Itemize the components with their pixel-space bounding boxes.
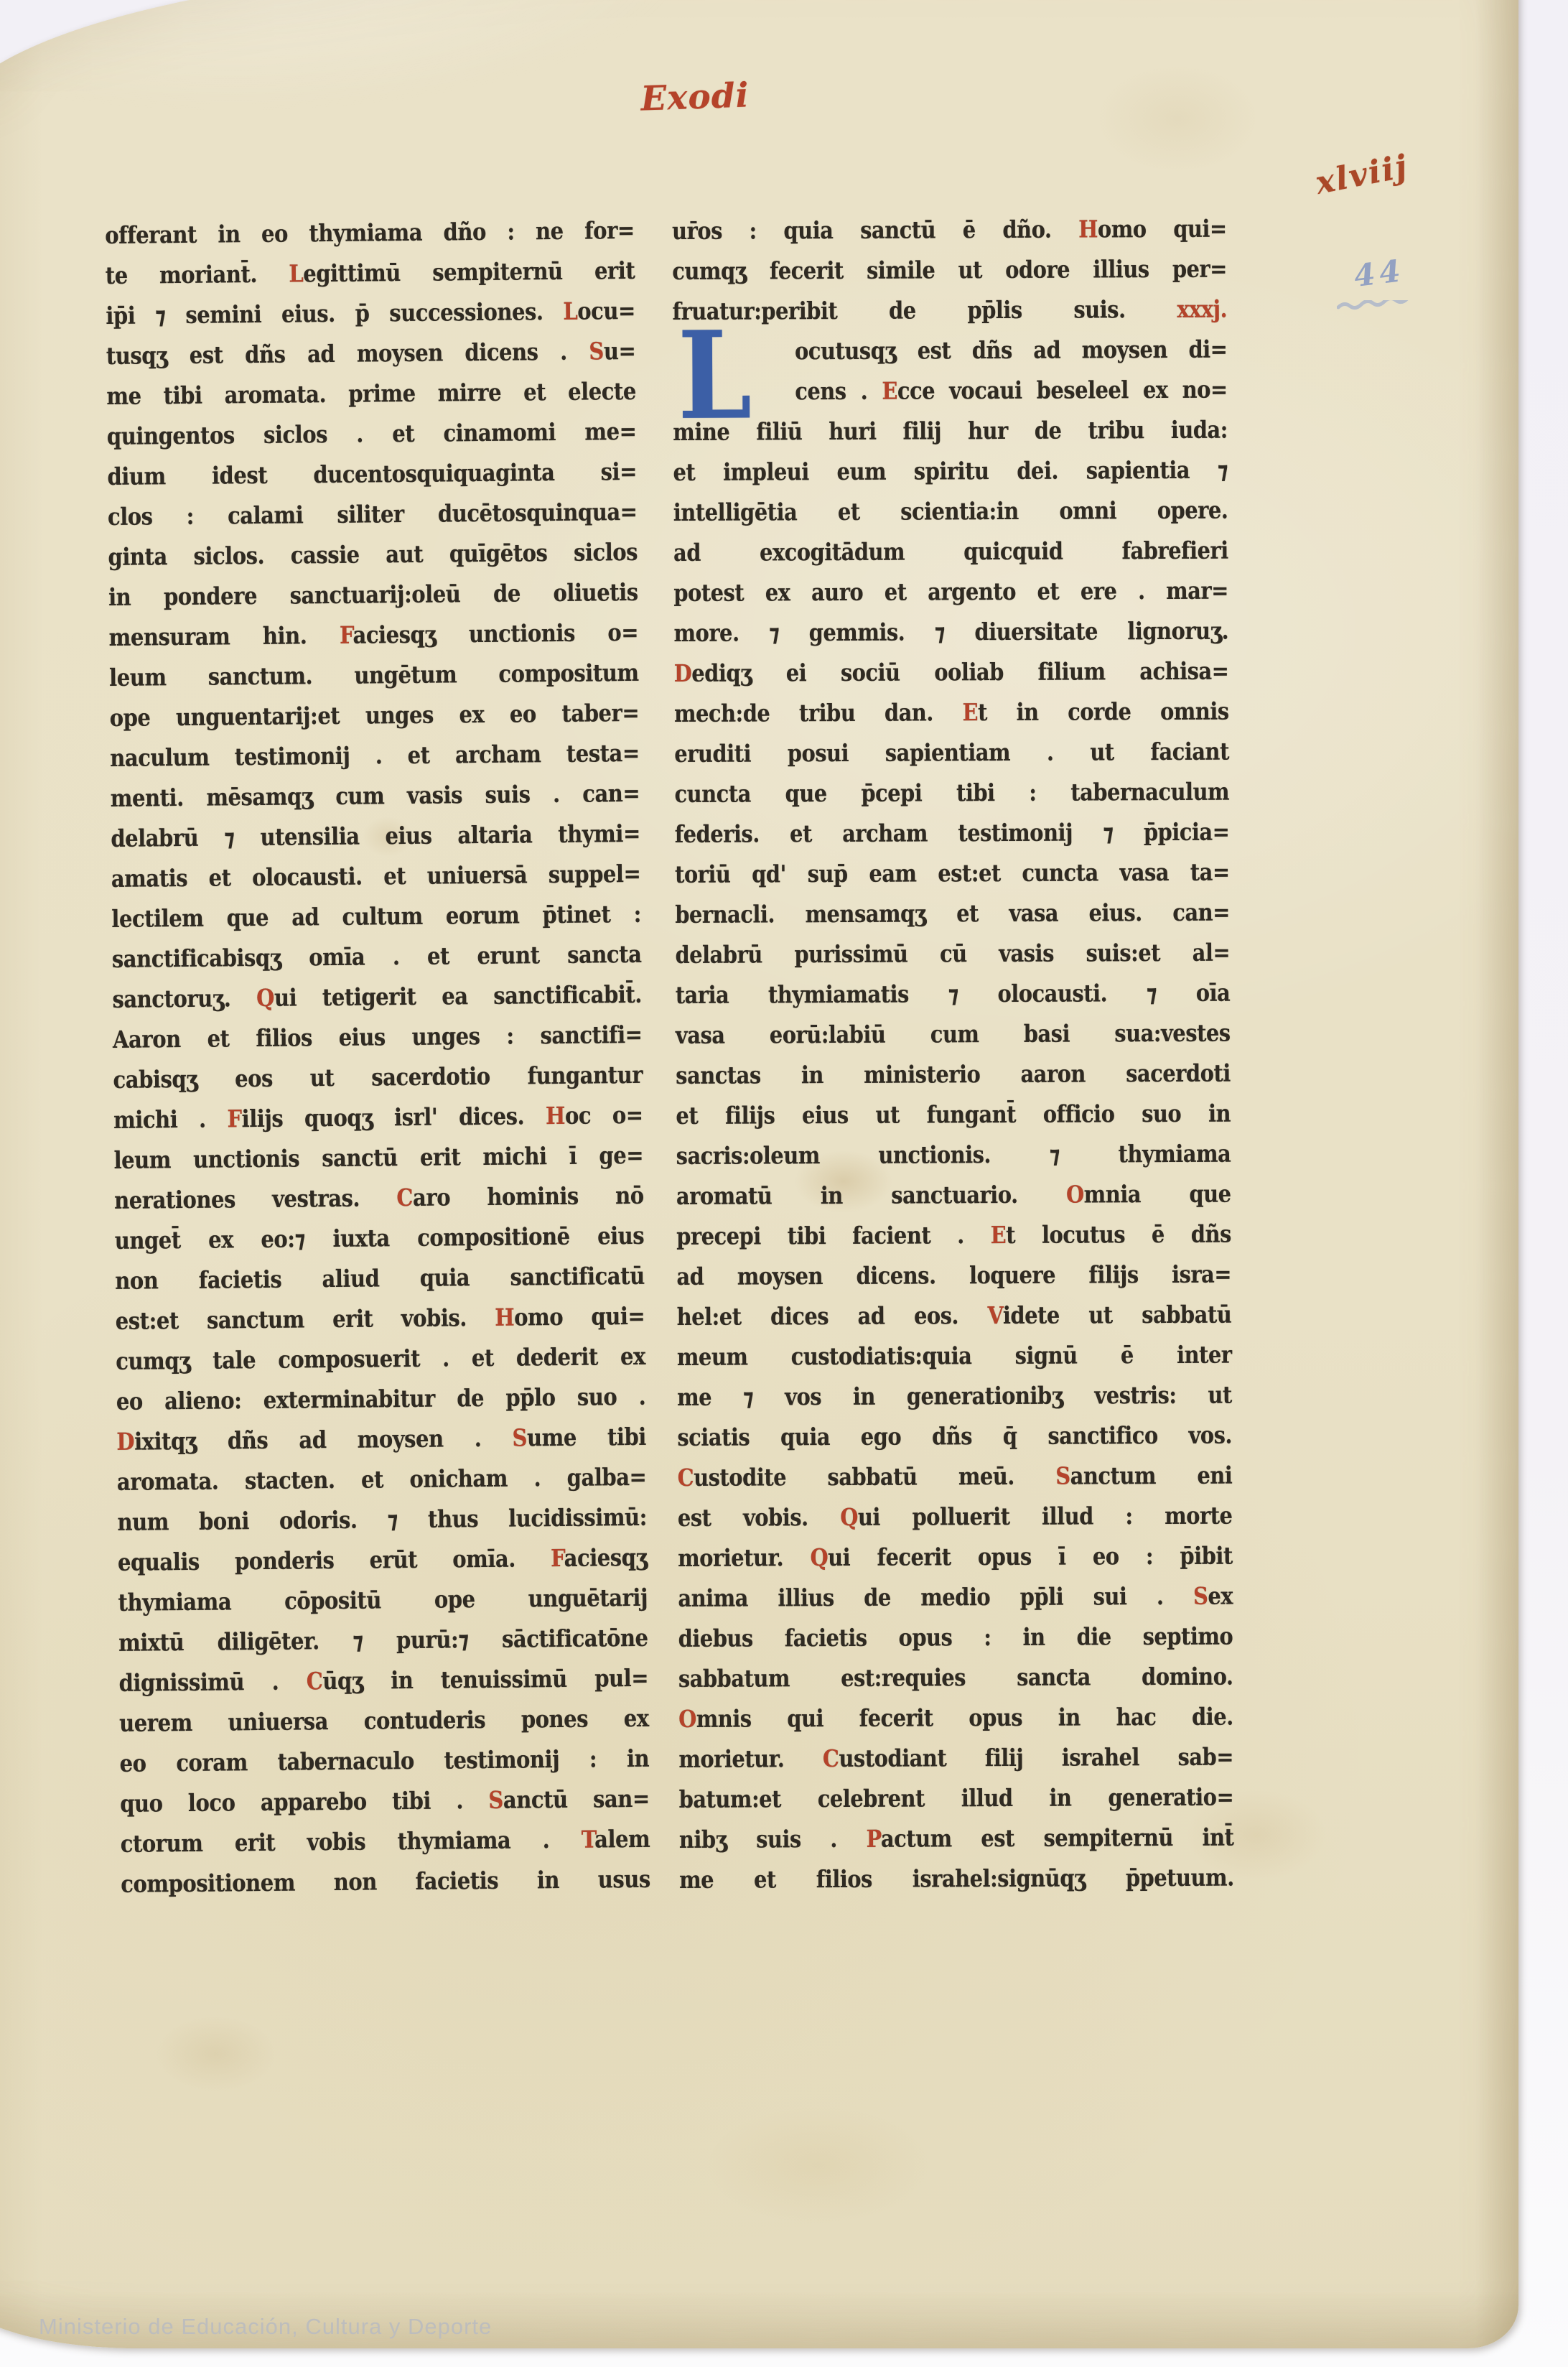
text-line: federis. et archam testimonij ⁊ p̄picia= bbox=[675, 812, 1230, 855]
text-line: sanctoruʒ. Qui tetigerit ea sanctificabi… bbox=[112, 975, 642, 1020]
text-line: non facietis aliud quia sanctificatū bbox=[115, 1256, 645, 1301]
text-line: Dixitqʒ dñs ad moysen . Sume tibi bbox=[116, 1417, 646, 1462]
text-line: eruditi posui sapientiam . ut faciant bbox=[674, 732, 1229, 774]
text-line: offerant in eo thymiama dño : ne for= bbox=[105, 210, 635, 256]
text-line: more. ⁊ gemmis. ⁊ diuersitate lignoruʒ. bbox=[673, 611, 1228, 654]
text-line: bernacli. mensamqʒ et vasa eius. can= bbox=[675, 893, 1230, 935]
text-line: ip̄i ⁊ semini eius. p̄ successiones. Loc… bbox=[106, 291, 635, 336]
left-column-lines: offerant in eo thymiama dño : ne for=te … bbox=[105, 210, 650, 1905]
text-line: intelligētia et scientia:in omni opere. bbox=[673, 490, 1228, 533]
text-line: Custodite sabbatū meū. Sanctum eni bbox=[678, 1456, 1233, 1498]
text-line: cumqʒ fecerit simile ut odore illius per… bbox=[672, 249, 1227, 292]
text-line: vasa eorū:labiū cum basi sua:vestes bbox=[676, 1013, 1231, 1056]
text-line: nerationes vestras. Caro hominis nō bbox=[114, 1176, 644, 1221]
text-line: cabisqʒ eos ut sacerdotio fungantur bbox=[113, 1055, 643, 1100]
text-line: unget̄ ex eo:⁊ iuxta compositionē eius bbox=[114, 1216, 644, 1261]
text-line: mixtū diligēter. ⁊ purū:⁊ sāctificatōne bbox=[118, 1618, 648, 1663]
text-line: michi . Filijs quoqʒ isrl' dices. Hoc o= bbox=[113, 1095, 643, 1140]
text-line: morietur. Custodiant filij israhel sab= bbox=[678, 1737, 1233, 1780]
text-line: Dediqʒ ei sociū ooliab filium achisa= bbox=[674, 651, 1229, 694]
text-line: sanctas in ministerio aaron sacerdoti bbox=[676, 1054, 1231, 1096]
text-line: ope unguentarij:et unges ex eo taber= bbox=[109, 693, 639, 738]
text-line: in pondere sanctuarij:oleū de oliuetis bbox=[108, 572, 638, 618]
text-line: toriū qd' sup̄ eam est:et cuncta vasa ta… bbox=[675, 852, 1230, 895]
text-line: ur̄os : quia sanctū ē dño. Homo qui= bbox=[672, 209, 1227, 251]
stain bbox=[1070, 47, 1285, 190]
text-line: ginta siclos. cassie aut quīgētos siclos bbox=[108, 532, 638, 577]
text-line: morietur. Qui fecerit opus ī eo : p̄ibit bbox=[678, 1536, 1233, 1578]
text-line: quingentos siclos . et cinamomi me= bbox=[107, 411, 637, 457]
text-line: sanctificabisqʒ omīa . et erunt sancta bbox=[112, 934, 642, 980]
text-line: cumqʒ tale composuerit . et dederit ex bbox=[116, 1336, 645, 1382]
text-line: potest ex auro et argento et ere . mar= bbox=[673, 571, 1228, 613]
right-column-rest-lines: mine filiū huri filij hur de tribu iuda:… bbox=[673, 410, 1234, 1900]
pencil-underline-squiggle bbox=[1337, 300, 1423, 312]
chapter-opening-block: L ocutusqʒ est dñs ad moysen di=cens . E… bbox=[673, 330, 1228, 412]
text-line: ctorum erit vobis thymiama . Talem bbox=[121, 1819, 650, 1864]
text-line: compositionem non facietis in usus bbox=[121, 1859, 650, 1905]
running-title: Exodi bbox=[615, 75, 775, 120]
text-line: amatis et olocausti. et uniuersā suppel= bbox=[111, 854, 641, 899]
text-line: ad moysen dicens. loquere filijs isra= bbox=[676, 1255, 1231, 1297]
text-line: leum sanctum. ungētum compositum bbox=[109, 653, 639, 698]
text-line: anima illius de medio pp̄li sui . Sex bbox=[678, 1576, 1233, 1619]
stain bbox=[668, 2086, 969, 2244]
text-line: batum:et celebrent illud in generatio= bbox=[679, 1777, 1234, 1820]
text-line: tusqʒ est dñs ad moysen dicens . Su= bbox=[106, 331, 636, 376]
text-line: sabbatum est:requies sancta domino. bbox=[678, 1657, 1233, 1699]
text-line: hel:et dices ad eos. Videte ut sabbatū bbox=[677, 1295, 1232, 1337]
text-line: thymiama cōpositū ope unguētarij bbox=[118, 1578, 648, 1623]
stain bbox=[129, 2000, 302, 2108]
text-line: et filijs eius ut fungant̄ officio suo i… bbox=[676, 1094, 1231, 1136]
text-line: naculum testimonij . et archam testa= bbox=[110, 733, 640, 778]
text-line: est vobis. Qui polluerit illud : morte bbox=[678, 1496, 1233, 1538]
text-line: sciatis quia ego dñs q̄ sanctifico vos. bbox=[677, 1415, 1232, 1458]
text-line: menti. mēsamqʒ cum vasis suis . can= bbox=[111, 773, 640, 819]
text-line: me tibi aromata. prime mirre et electe bbox=[106, 371, 636, 417]
text-line: me ⁊ vos in generationibʒ vestris: ut bbox=[677, 1375, 1232, 1418]
text-line: me et filios israhel:signūqʒ p̄petuum. bbox=[679, 1858, 1234, 1900]
right-column-pre-lines: ur̄os : quia sanctū ē dño. Homo qui=cumq… bbox=[672, 209, 1227, 332]
text-line: ad excogitādum quicquid fabrefieri bbox=[673, 531, 1228, 573]
text-line: Aaron et filios eius unges : sanctifi= bbox=[113, 1015, 643, 1060]
right-text-column: ur̄os : quia sanctū ē dño. Homo qui=cumq… bbox=[672, 209, 1234, 1900]
text-line: lectilem que ad cultum eorum p̄tinet : bbox=[111, 894, 641, 939]
text-line: quo loco apparebo tibi . Sanctū san= bbox=[120, 1779, 650, 1824]
text-line: dium idest ducentosquiquaginta si= bbox=[107, 452, 637, 497]
text-line: delabrū ⁊ utensilia eius altaria thymi= bbox=[111, 814, 640, 859]
text-line: eo coram tabernaculo testimonij : in bbox=[119, 1739, 649, 1784]
text-line: nibʒ suis . Pactum est sempiternū int̄ bbox=[679, 1818, 1234, 1860]
text-line: mech:de tribu dan. Et in corde omnis bbox=[674, 692, 1229, 734]
text-line: eo alieno: exterminabitur de pp̄lo suo . bbox=[116, 1377, 646, 1422]
text-line: Omnis qui fecerit opus in hac die. bbox=[678, 1697, 1233, 1739]
text-line: num boni odoris. ⁊ thus lucidissimū: bbox=[117, 1497, 647, 1543]
text-line: taria thymiamatis ⁊ olocausti. ⁊ oīa bbox=[676, 973, 1231, 1015]
left-text-column: offerant in eo thymiama dño : ne for=te … bbox=[105, 210, 650, 1905]
text-line: mensuram hin. Faciesqʒ unctionis o= bbox=[108, 613, 638, 658]
text-line: uerem uniuersa contuderis pones ex bbox=[119, 1698, 649, 1744]
text-line: sacris:oleum unctionis. ⁊ thymiama bbox=[676, 1134, 1231, 1176]
text-line: precepi tibi facient . Et locutus ē dñs bbox=[676, 1214, 1231, 1257]
text-line: et impleui eum spiritu dei. sapientia ⁊ bbox=[673, 450, 1228, 493]
text-line: delabrū purissimū cū vasis suis:et al= bbox=[675, 933, 1230, 975]
text-line: meum custodiatis:quia signū ē inter bbox=[677, 1335, 1232, 1377]
text-line: equalis ponderis erūt omīa. Faciesqʒ bbox=[118, 1538, 648, 1583]
text-line: te moriant̄. Legittimū sempiternū erit bbox=[106, 251, 635, 296]
text-line: clos : calami siliter ducētosquinqua= bbox=[108, 492, 638, 537]
drop-cap-initial-L: L bbox=[678, 321, 785, 429]
text-line: est:et sanctum erit vobis. Homo qui= bbox=[116, 1296, 645, 1341]
text-line: aromatū in sanctuario. Omnia que bbox=[676, 1174, 1231, 1217]
text-line: aromata. stacten. et onicham . galba= bbox=[117, 1457, 647, 1502]
text-line: cuncta que p̄cepi tibi : tabernaculum bbox=[674, 772, 1229, 814]
text-line: diebus facietis opus : in die septimo bbox=[678, 1617, 1233, 1659]
watermark: Ministerio de Educación, Cultura y Depor… bbox=[39, 2314, 492, 2340]
text-line: leum unctionis sanctū erit michi ī ge= bbox=[113, 1135, 643, 1181]
text-line: dignissimū . Cūqʒ in tenuissimū pul= bbox=[118, 1658, 648, 1703]
folio-number-pencil: 44 bbox=[1352, 253, 1406, 294]
